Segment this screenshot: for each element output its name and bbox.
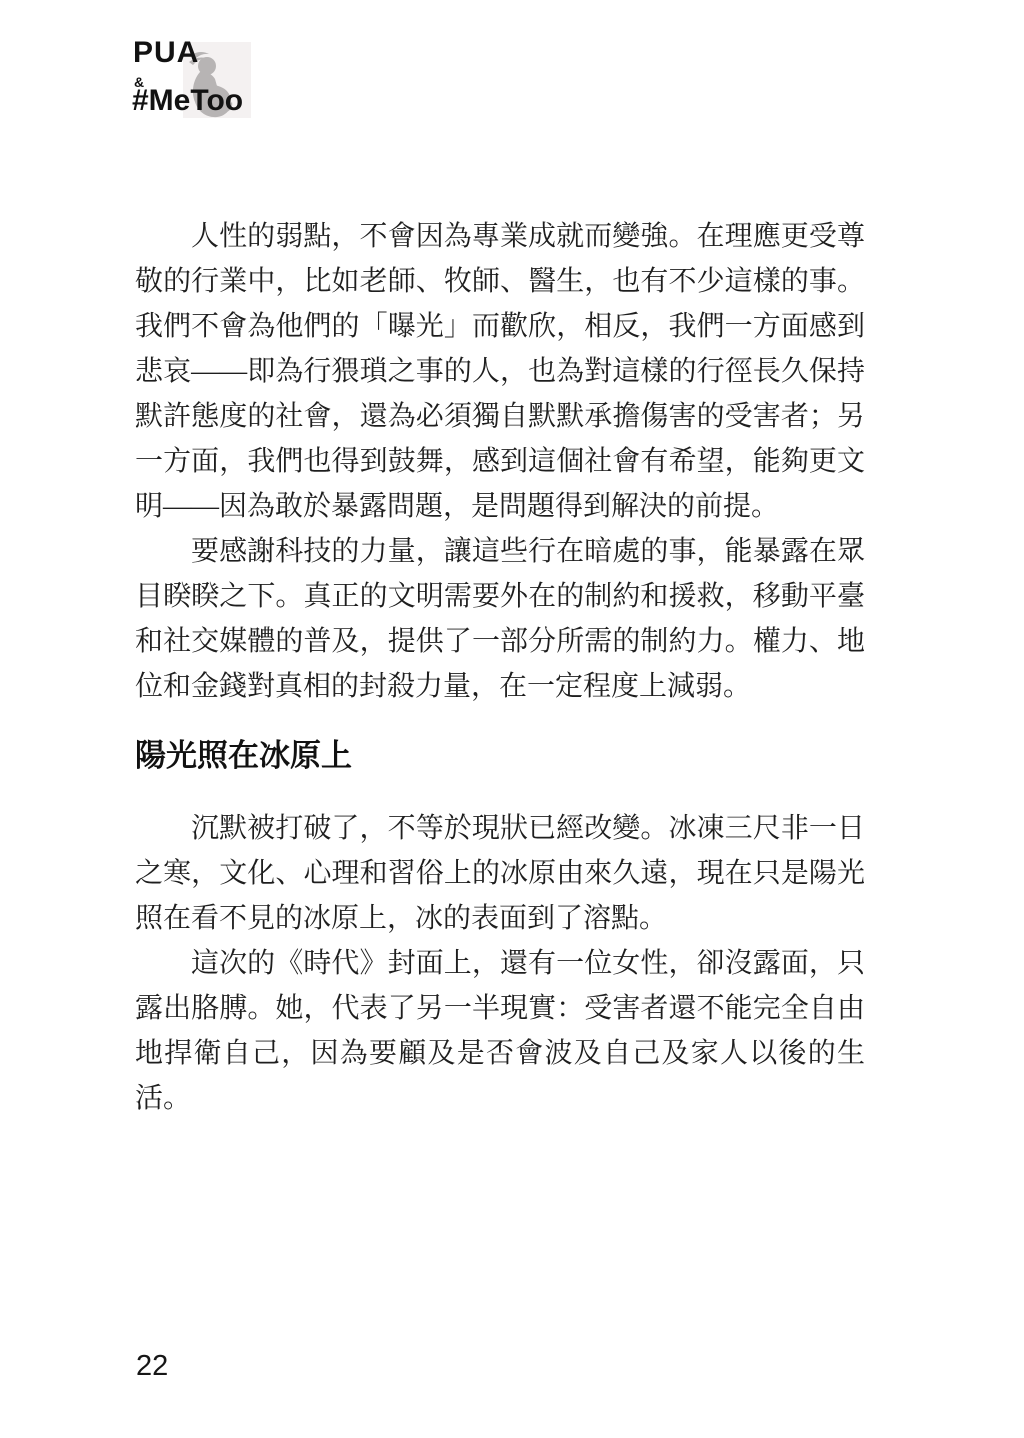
paragraph-1: 人性的弱點，不會因為專業成就而變強。在理應更受尊敬的行業中，比如老師、牧師、醫生… (135, 214, 865, 529)
section-heading: 陽光照在冰原上 (135, 733, 865, 778)
logo-line-pua: PUA (133, 38, 199, 68)
paragraph-4: 這次的《時代》封面上，還有一位女性，卻沒露面，只露出胳膊。她，代表了另一半現實：… (135, 941, 865, 1121)
logo: PUA & #MeToo (133, 42, 258, 122)
logo-line-metoo: #MeToo (132, 86, 243, 116)
paragraph-2: 要感謝科技的力量，讓這些行在暗處的事，能暴露在眾目睽睽之下。真正的文明需要外在的… (135, 529, 865, 709)
page-number: 22 (136, 1350, 168, 1382)
paragraph-3: 沉默被打破了，不等於現狀已經改變。冰凍三尺非一日之寒，文化、心理和習俗上的冰原由… (135, 806, 865, 941)
page-body-text: 人性的弱點，不會因為專業成就而變強。在理應更受尊敬的行業中，比如老師、牧師、醫生… (135, 214, 865, 1121)
book-page: PUA & #MeToo 人性的弱點，不會因為專業成就而變強。在理應更受尊敬的行… (0, 0, 1024, 1438)
